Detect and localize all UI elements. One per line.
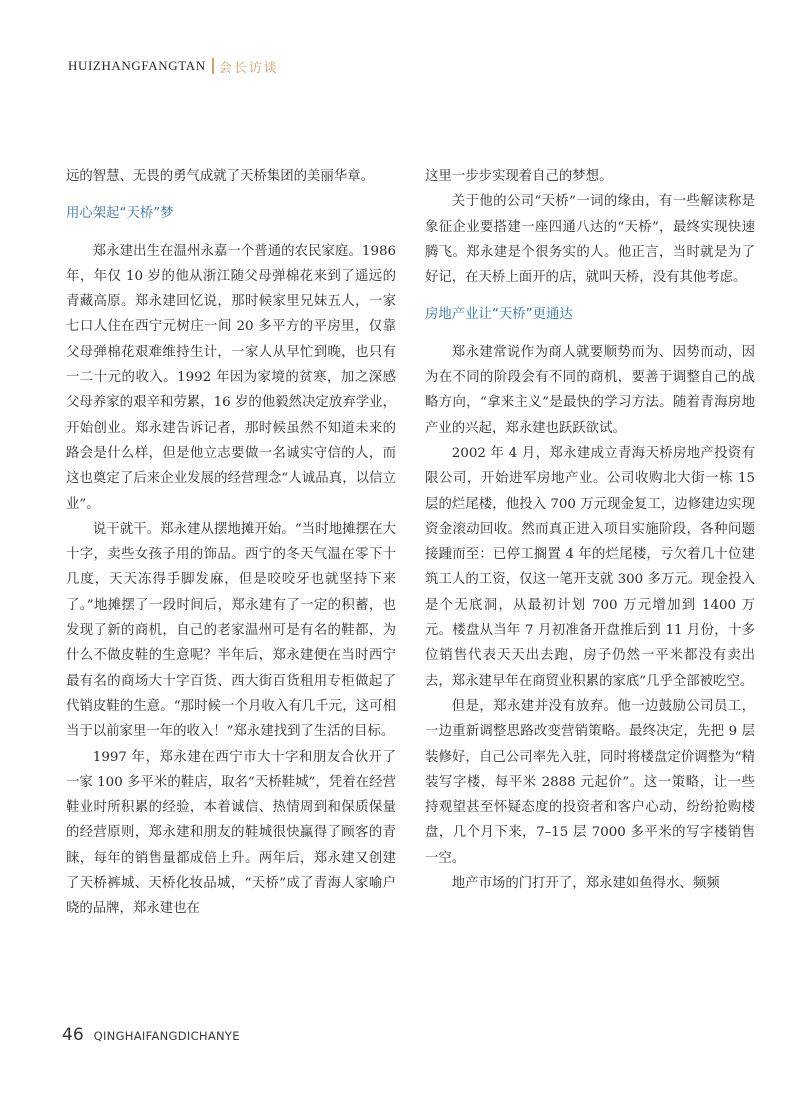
header-pinyin-title: HUIZHANGFANGTAN bbox=[68, 58, 206, 74]
section-heading-real-estate: 房地产业让“天桥”更通达 bbox=[425, 302, 755, 327]
header-divider bbox=[212, 58, 214, 74]
paragraph: 地产市场的门打开了，郑永建如鱼得水、频频 bbox=[425, 871, 755, 896]
paragraph: 但是，郑永建并没有放弃。他一边鼓励公司员工，一边重新调整思路改变营销策略。最终决… bbox=[425, 694, 755, 871]
paragraph: 郑永建出生在温州永嘉一个普通的农民家庭。1986 年，年仅 10 岁的他从浙江随… bbox=[66, 239, 396, 517]
paragraph: 郑永建常说作为商人就要顺势而为、因势而动，因为在不同的阶段会有不同的商机，要善于… bbox=[425, 340, 755, 441]
right-column: 这里一步步实现着自己的梦想。 关于他的公司“天桥”一词的缘由，有一些解读称是象征… bbox=[425, 164, 755, 896]
paragraph: 关于他的公司“天桥”一词的缘由，有一些解读称是象征企业要搭建一座四通八达的“天桥… bbox=[425, 189, 755, 290]
paragraph-continuation: 这里一步步实现着自己的梦想。 bbox=[425, 164, 755, 189]
running-header: HUIZHANGFANGTAN 会长访谈 bbox=[68, 56, 279, 76]
page-footer: 46 QINGHAIFANGDICHANYE bbox=[62, 1025, 240, 1045]
paragraph: 2002 年 4 月，郑永建成立青海天桥房地产投资有限公司，开始进军房地产业。公… bbox=[425, 441, 755, 694]
header-section-title: 会长访谈 bbox=[219, 57, 279, 76]
paragraph: 1997 年，郑永建在西宁市大十字和朋友合伙开了一家 100 多平米的鞋店，取名… bbox=[66, 745, 396, 922]
paragraph: 说干就干。郑永建从摆地摊开始。“当时地摊摆在大十字，卖些女孩子用的饰品。西宁的冬… bbox=[66, 517, 396, 745]
page-number: 46 bbox=[62, 1025, 84, 1045]
paragraph-continuation: 远的智慧、无畏的勇气成就了天桥集团的美丽华章。 bbox=[66, 164, 396, 189]
section-heading-tianqiao-dream: 用心架起“天桥”梦 bbox=[66, 201, 396, 226]
left-column: 远的智慧、无畏的勇气成就了天桥集团的美丽华章。 用心架起“天桥”梦 郑永建出生在… bbox=[66, 164, 396, 922]
publication-title: QINGHAIFANGDICHANYE bbox=[94, 1029, 240, 1043]
